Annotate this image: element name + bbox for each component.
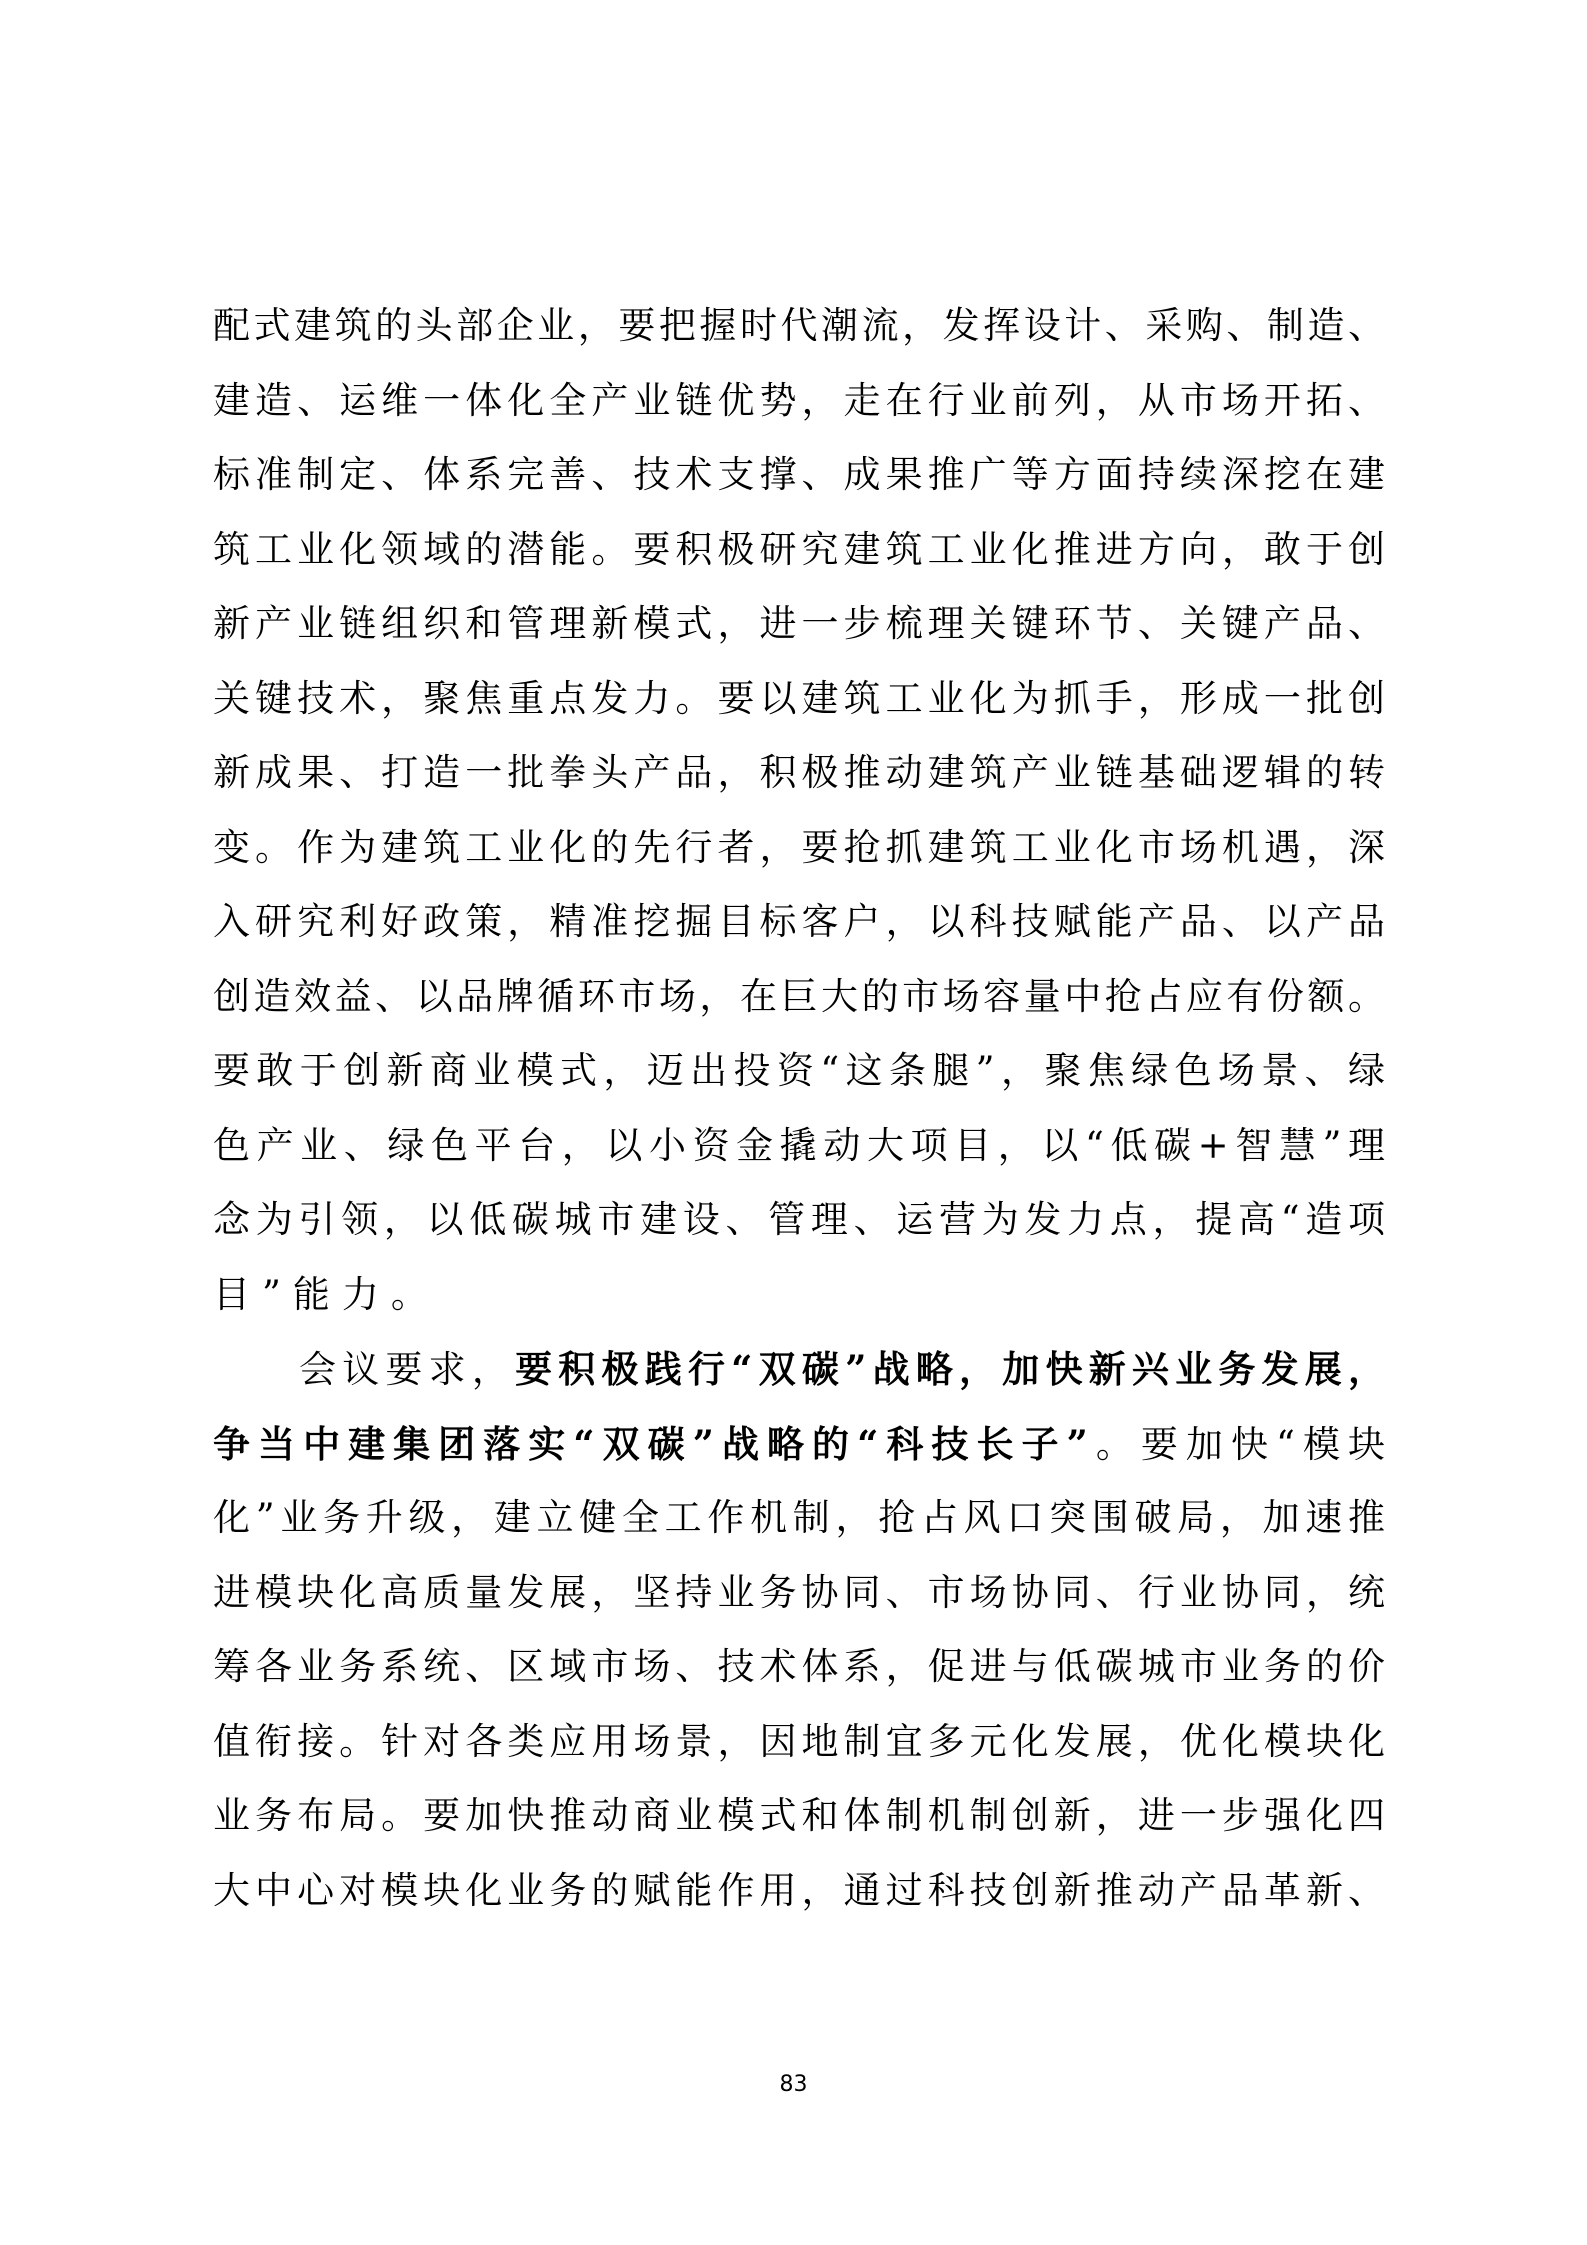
text-line: 建造、运维一体化全产业链优势，走在行业前列，从市场开拓、 — [213, 371, 1385, 446]
text-line: 化”业务升级，建立健全工作机制，抢占风口突围破局，加速推 — [213, 1488, 1385, 1563]
text-line: 进模块化高质量发展，坚持业务协同、市场协同、行业协同，统 — [213, 1563, 1385, 1638]
text-line: 标准制定、体系完善、技术支撑、成果推广等方面持续深挖在建 — [213, 445, 1385, 520]
text-bold-emphasis: 争当中建集团落实“双碳”战略的“科技长子” — [213, 1422, 1088, 1466]
text-line: 争当中建集团落实“双碳”战略的“科技长子”。要加快“模块 — [213, 1414, 1385, 1489]
text-line: 筹各业务系统、区域市场、技术体系，促进与低碳城市业务的价 — [213, 1637, 1385, 1712]
text-line: 新成果、打造一批拳头产品，积极推动建筑产业链基础逻辑的转 — [213, 743, 1385, 818]
page-number: 83 — [0, 2072, 1587, 2097]
text-line: 要敢于创新商业模式，迈出投资“这条腿”，聚焦绿色场景、绿 — [213, 1041, 1385, 1116]
paragraph-2: 会议要求，要积极践行“双碳”战略，加快新兴业务发展， 争当中建集团落实“双碳”战… — [213, 1339, 1385, 1935]
text-line: 色产业、绿色平台，以小资金撬动大项目，以“低碳+智慧”理 — [213, 1116, 1385, 1191]
text-line: 创造效益、以品牌循环市场，在巨大的市场容量中抢占应有份额。 — [213, 967, 1385, 1042]
text-line: 业务布局。要加快推动商业模式和体制机制创新，进一步强化四 — [213, 1786, 1385, 1861]
text-line: 值衔接。针对各类应用场景，因地制宜多元化发展，优化模块化 — [213, 1712, 1385, 1787]
body-text: 配式建筑的头部企业，要把握时代潮流，发挥设计、采购、制造、 建造、运维一体化全产… — [213, 296, 1385, 1935]
text-normal: 会议要求， — [299, 1348, 515, 1391]
text-line: 会议要求，要积极践行“双碳”战略，加快新兴业务发展， — [213, 1339, 1385, 1414]
text-line: 新产业链组织和管理新模式，进一步梳理关键环节、关键产品、 — [213, 594, 1385, 669]
text-line: 配式建筑的头部企业，要把握时代潮流，发挥设计、采购、制造、 — [213, 296, 1385, 371]
text-line: 变。作为建筑工业化的先行者，要抢抓建筑工业化市场机遇，深 — [213, 818, 1385, 893]
text-line: 念为引领，以低碳城市建设、管理、运营为发力点，提高“造项 — [213, 1190, 1385, 1265]
paragraph-1: 配式建筑的头部企业，要把握时代潮流，发挥设计、采购、制造、 建造、运维一体化全产… — [213, 296, 1385, 1339]
text-line: 关键技术，聚焦重点发力。要以建筑工业化为抓手，形成一批创 — [213, 669, 1385, 744]
text-line: 入研究利好政策，精准挖掘目标客户，以科技赋能产品、以产品 — [213, 892, 1385, 967]
text-line: 目”能力。 — [213, 1265, 1385, 1340]
document-page: 配式建筑的头部企业，要把握时代潮流，发挥设计、采购、制造、 建造、运维一体化全产… — [0, 0, 1587, 2245]
text-line: 筑工业化领域的潜能。要积极研究建筑工业化推进方向，敢于创 — [213, 520, 1385, 595]
text-normal: 。要加快“模块 — [1088, 1423, 1385, 1466]
text-line: 大中心对模块化业务的赋能作用，通过科技创新推动产品革新、 — [213, 1861, 1385, 1936]
text-bold-emphasis: 要积极践行“双碳”战略，加快新兴业务发展， — [515, 1347, 1385, 1391]
